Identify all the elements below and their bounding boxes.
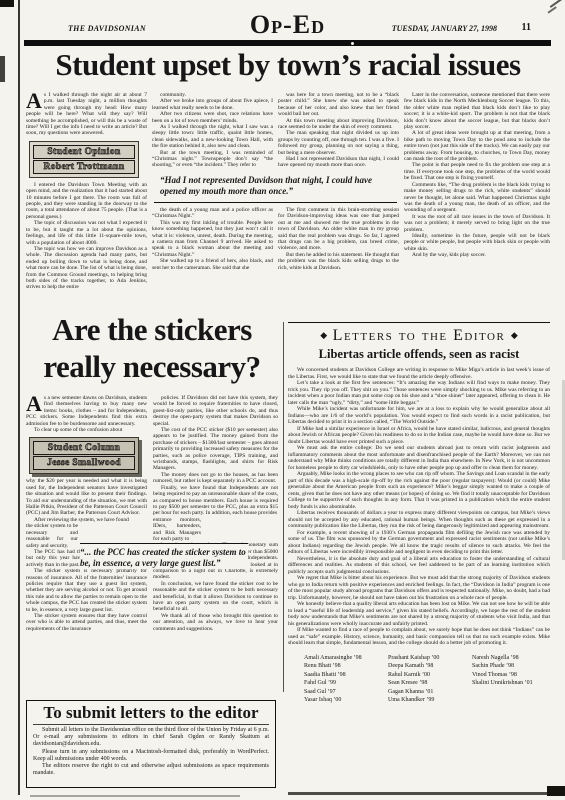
paragraph: The sticker system is necessary primaril… <box>26 568 147 613</box>
paragraph: A lot of great ideas were brought up at … <box>404 130 550 162</box>
paragraph: Sachin Phade ’98 <box>472 662 550 671</box>
paragraph: The topic of discussion was not what I e… <box>26 220 147 246</box>
paragraph: Ideally, sometime in the future, people … <box>404 233 550 252</box>
byline-author: Robert Trottmann <box>33 160 135 174</box>
article1-column-3: was here for a town meeting, not to be a… <box>278 92 399 169</box>
submit-letters-box: To submit letters to the editor Submit a… <box>26 700 276 788</box>
paragraph: While Mike’s incident was unfortunate fo… <box>288 406 550 426</box>
paragraph: Let’s take a look at the first few sente… <box>288 380 550 406</box>
scan-artifact <box>30 795 240 797</box>
paragraph: We must ask the entire college: Do we se… <box>288 445 550 471</box>
paragraph: Shalini Unnikrishnan ’01 <box>472 679 550 688</box>
paragraph: Saad Gul ’97 <box>304 688 382 697</box>
byline-author: Jesse Smallwood <box>33 456 135 470</box>
paragraph: As I walked through the night air at abo… <box>26 92 147 137</box>
submit-box-body: Submit all letters to the Davidsonian of… <box>33 727 269 777</box>
scan-artifact <box>18 0 20 795</box>
paragraph: She walked up to a friend of hers, also … <box>152 258 273 271</box>
paragraph: For example, a recent showing of a 1930’… <box>288 530 550 556</box>
paragraph: Nevertheless, it is the absolute duty an… <box>288 556 550 576</box>
newspaper-page: THE DAVIDSONIAN Op-Ed TUESDAY, JANUARY 2… <box>0 0 565 800</box>
paragraph: We concerned students at Davidson Colleg… <box>288 367 550 380</box>
paragraph: was here for a town meeting, not to be a… <box>278 92 399 118</box>
student-opinion-box: Student Opinion Robert Trottmann <box>29 141 139 178</box>
letter-signatures: Amali Amarasinghe ’98Renu Bhatt ’98Saadi… <box>288 654 550 705</box>
paragraph: Gagan Khanna ’01 <box>388 688 466 697</box>
article2-column-1: As a new semester dawns on Davidson, stu… <box>26 395 147 632</box>
paragraph: entrance monitors, IDers, bartenders, an… <box>153 517 201 543</box>
paragraph: To clear up some of the confusion about <box>26 427 147 433</box>
paragraph: Naresh Nagella ’98 <box>472 654 550 663</box>
page-number: 11 <box>522 22 531 33</box>
paragraph: After two citizens were shot, race relat… <box>152 111 273 124</box>
paragraph: Fahd Gul ’99 <box>304 679 382 688</box>
paragraph: The topic was how we can improve Davidso… <box>26 246 147 291</box>
paragraph: Sean Kresee ’98 <box>388 679 466 688</box>
paragraph: This was my first inkling of trouble. Pe… <box>152 220 273 258</box>
article1-column-1: As I walked through the night air at abo… <box>26 92 147 308</box>
paragraph: the sticker system to be necessary and r… <box>26 523 78 549</box>
paragraph: But then he added to his statement. He t… <box>278 252 399 271</box>
section-rule <box>288 322 550 323</box>
paragraph: why the $20 per year is needed and what … <box>26 478 147 516</box>
paragraph: If Mike wanted to find a race of people … <box>288 627 550 647</box>
paragraph: After we broke into groups of about five… <box>152 98 273 111</box>
paragraph: Saadia Bhatti ’98 <box>304 671 382 680</box>
paragraph: The cost of the PCC sticker ($10 per sem… <box>153 427 278 472</box>
letter-title: Libertas article offends, seen as racist <box>288 347 550 362</box>
paragraph: We honestly believe that a quality liber… <box>288 601 550 627</box>
article2-column-2: policies. If Davidson did not have this … <box>153 395 278 632</box>
paragraph: But at the town meeting, I was reminded … <box>152 150 273 169</box>
scan-artifact <box>547 6 556 13</box>
student-column-box: Student Column Jesse Smallwood <box>29 437 139 474</box>
column-text: policies. If Davidson did not have this … <box>153 395 278 517</box>
drop-cap: A <box>26 92 42 110</box>
signature-column: Prashant Kaishap ’00Deepa Kamath ’98Rahu… <box>388 654 466 705</box>
article1-column-4: Later in the conversation, someone menti… <box>404 92 550 308</box>
paragraph: Had I not represented Davidson that nigh… <box>278 156 399 169</box>
paragraph: Amali Amarasinghe ’98 <box>304 654 382 663</box>
byline-label: Student Opinion <box>33 145 135 159</box>
paragraph: Libertas receives thousands of dollars a… <box>288 510 550 530</box>
letters-header-text: Letters to the Editor <box>333 327 506 344</box>
article1-headline: Student upset by town’s racial issues <box>26 47 550 83</box>
scan-artifact <box>0 56 5 82</box>
paragraph: policies. If Davidson did not have this … <box>153 395 278 427</box>
column-text: I entered the Davidson Town Meeting with… <box>26 182 147 291</box>
article1-column-2-lower: the death of a young man and a police of… <box>152 207 273 271</box>
paragraph: And by the way, kids play soccer. <box>404 252 550 258</box>
paragraph: The editors reserve the right to cut and… <box>33 763 269 777</box>
article2-body: As a new semester dawns on Davidson, stu… <box>26 395 278 697</box>
article1-middle-columns: community.After we broke into groups of … <box>152 92 399 308</box>
paragraph: Yasar Ishaq ’00 <box>304 696 382 705</box>
paragraph: Vinod Thomas ’98 <box>472 671 550 680</box>
paragraph: Prashant Kaishap ’00 <box>388 654 466 663</box>
drop-cap: A <box>26 395 42 413</box>
paragraph: Submit all letters to the Davidsonian of… <box>33 727 269 749</box>
masthead-rule <box>24 40 551 46</box>
byline-label: Student Column <box>33 441 135 455</box>
paragraph: Uma Khandker ’99 <box>388 696 466 705</box>
diamond-icon: ◆ <box>511 330 518 340</box>
paragraph: Renu Bhatt ’98 <box>304 662 382 671</box>
paragraph: It was the root of all race issues in th… <box>404 214 550 233</box>
paragraph: The money does not go to the houses, as … <box>153 472 278 485</box>
letters-header: ◆ Letters to the Editor ◆ <box>288 327 550 345</box>
paragraph: Please turn in any submissions on a Maci… <box>33 749 269 763</box>
scan-artifact <box>547 786 565 796</box>
letters-section: ◆ Letters to the Editor ◆ Libertas artic… <box>288 322 550 792</box>
paragraph: Finally, we have found that Independents… <box>153 485 278 517</box>
signature-column: Naresh Nagella ’98Sachin Phade ’98Vinod … <box>472 654 550 705</box>
paragraph: If Mike had a similar experience in Isra… <box>288 426 550 446</box>
paragraph: I entered the Davidson Town Meeting with… <box>26 182 147 220</box>
signature-column: Amali Amarasinghe ’98Renu Bhatt ’98Saadi… <box>304 654 382 705</box>
article1-column-2: community.After we broke into groups of … <box>152 92 273 169</box>
column-divider <box>283 322 284 692</box>
paragraph: Arguably, Mike looks in the wrong places… <box>288 471 550 510</box>
article2-headline: Are the stickers really necessary? <box>26 311 278 385</box>
paragraph: At this town meeting about improving Dav… <box>278 118 399 131</box>
submit-box-title: To submit letters to the editor <box>33 703 269 725</box>
paragraph: As a new semester dawns on Davidson, stu… <box>26 395 147 427</box>
paragraph: The man speaking that night divided us u… <box>278 130 399 156</box>
pull-quote: “Had I not represented Davidson that nig… <box>154 173 397 203</box>
paragraph: Comments like, “The drug problem is the … <box>404 182 550 214</box>
paragraph: the death of a young man and a police of… <box>152 207 273 220</box>
paragraph: As I walked through the night, what I sa… <box>152 124 273 150</box>
paragraph: The point is that people need to fix the… <box>404 162 550 181</box>
diamond-icon: ◆ <box>320 330 327 340</box>
issue-date: TUESDAY, JANUARY 27, 1998 <box>392 24 497 33</box>
paragraph: Deepa Kamath ’98 <box>388 662 466 671</box>
article1-column-3-lower: The first comment in this brain-storming… <box>278 207 399 271</box>
paragraph: The sticker system ensures that they hav… <box>26 613 147 632</box>
paragraph: Rahul Karnik ’00 <box>388 671 466 680</box>
scan-artifact <box>0 0 14 7</box>
paragraph: In conclusion, we have found the sticker… <box>153 581 278 613</box>
pull-quote: “... the PCC has created the sticker sys… <box>80 543 248 569</box>
letter-body: We concerned students at Davidson Colleg… <box>288 367 550 647</box>
paragraph: We regret that Mike is bitter about his … <box>288 575 550 601</box>
article1-body: As I walked through the night air at abo… <box>26 92 550 308</box>
scan-artifact <box>351 42 354 45</box>
paragraph: Later in the conversation, someone menti… <box>404 92 550 130</box>
scan-artifact <box>288 792 550 795</box>
paragraph: We thank all of those who brought this q… <box>153 613 278 632</box>
paragraph: The first comment in this brain-storming… <box>278 207 399 252</box>
masthead: THE DAVIDSONIAN Op-Ed TUESDAY, JANUARY 2… <box>26 10 549 40</box>
